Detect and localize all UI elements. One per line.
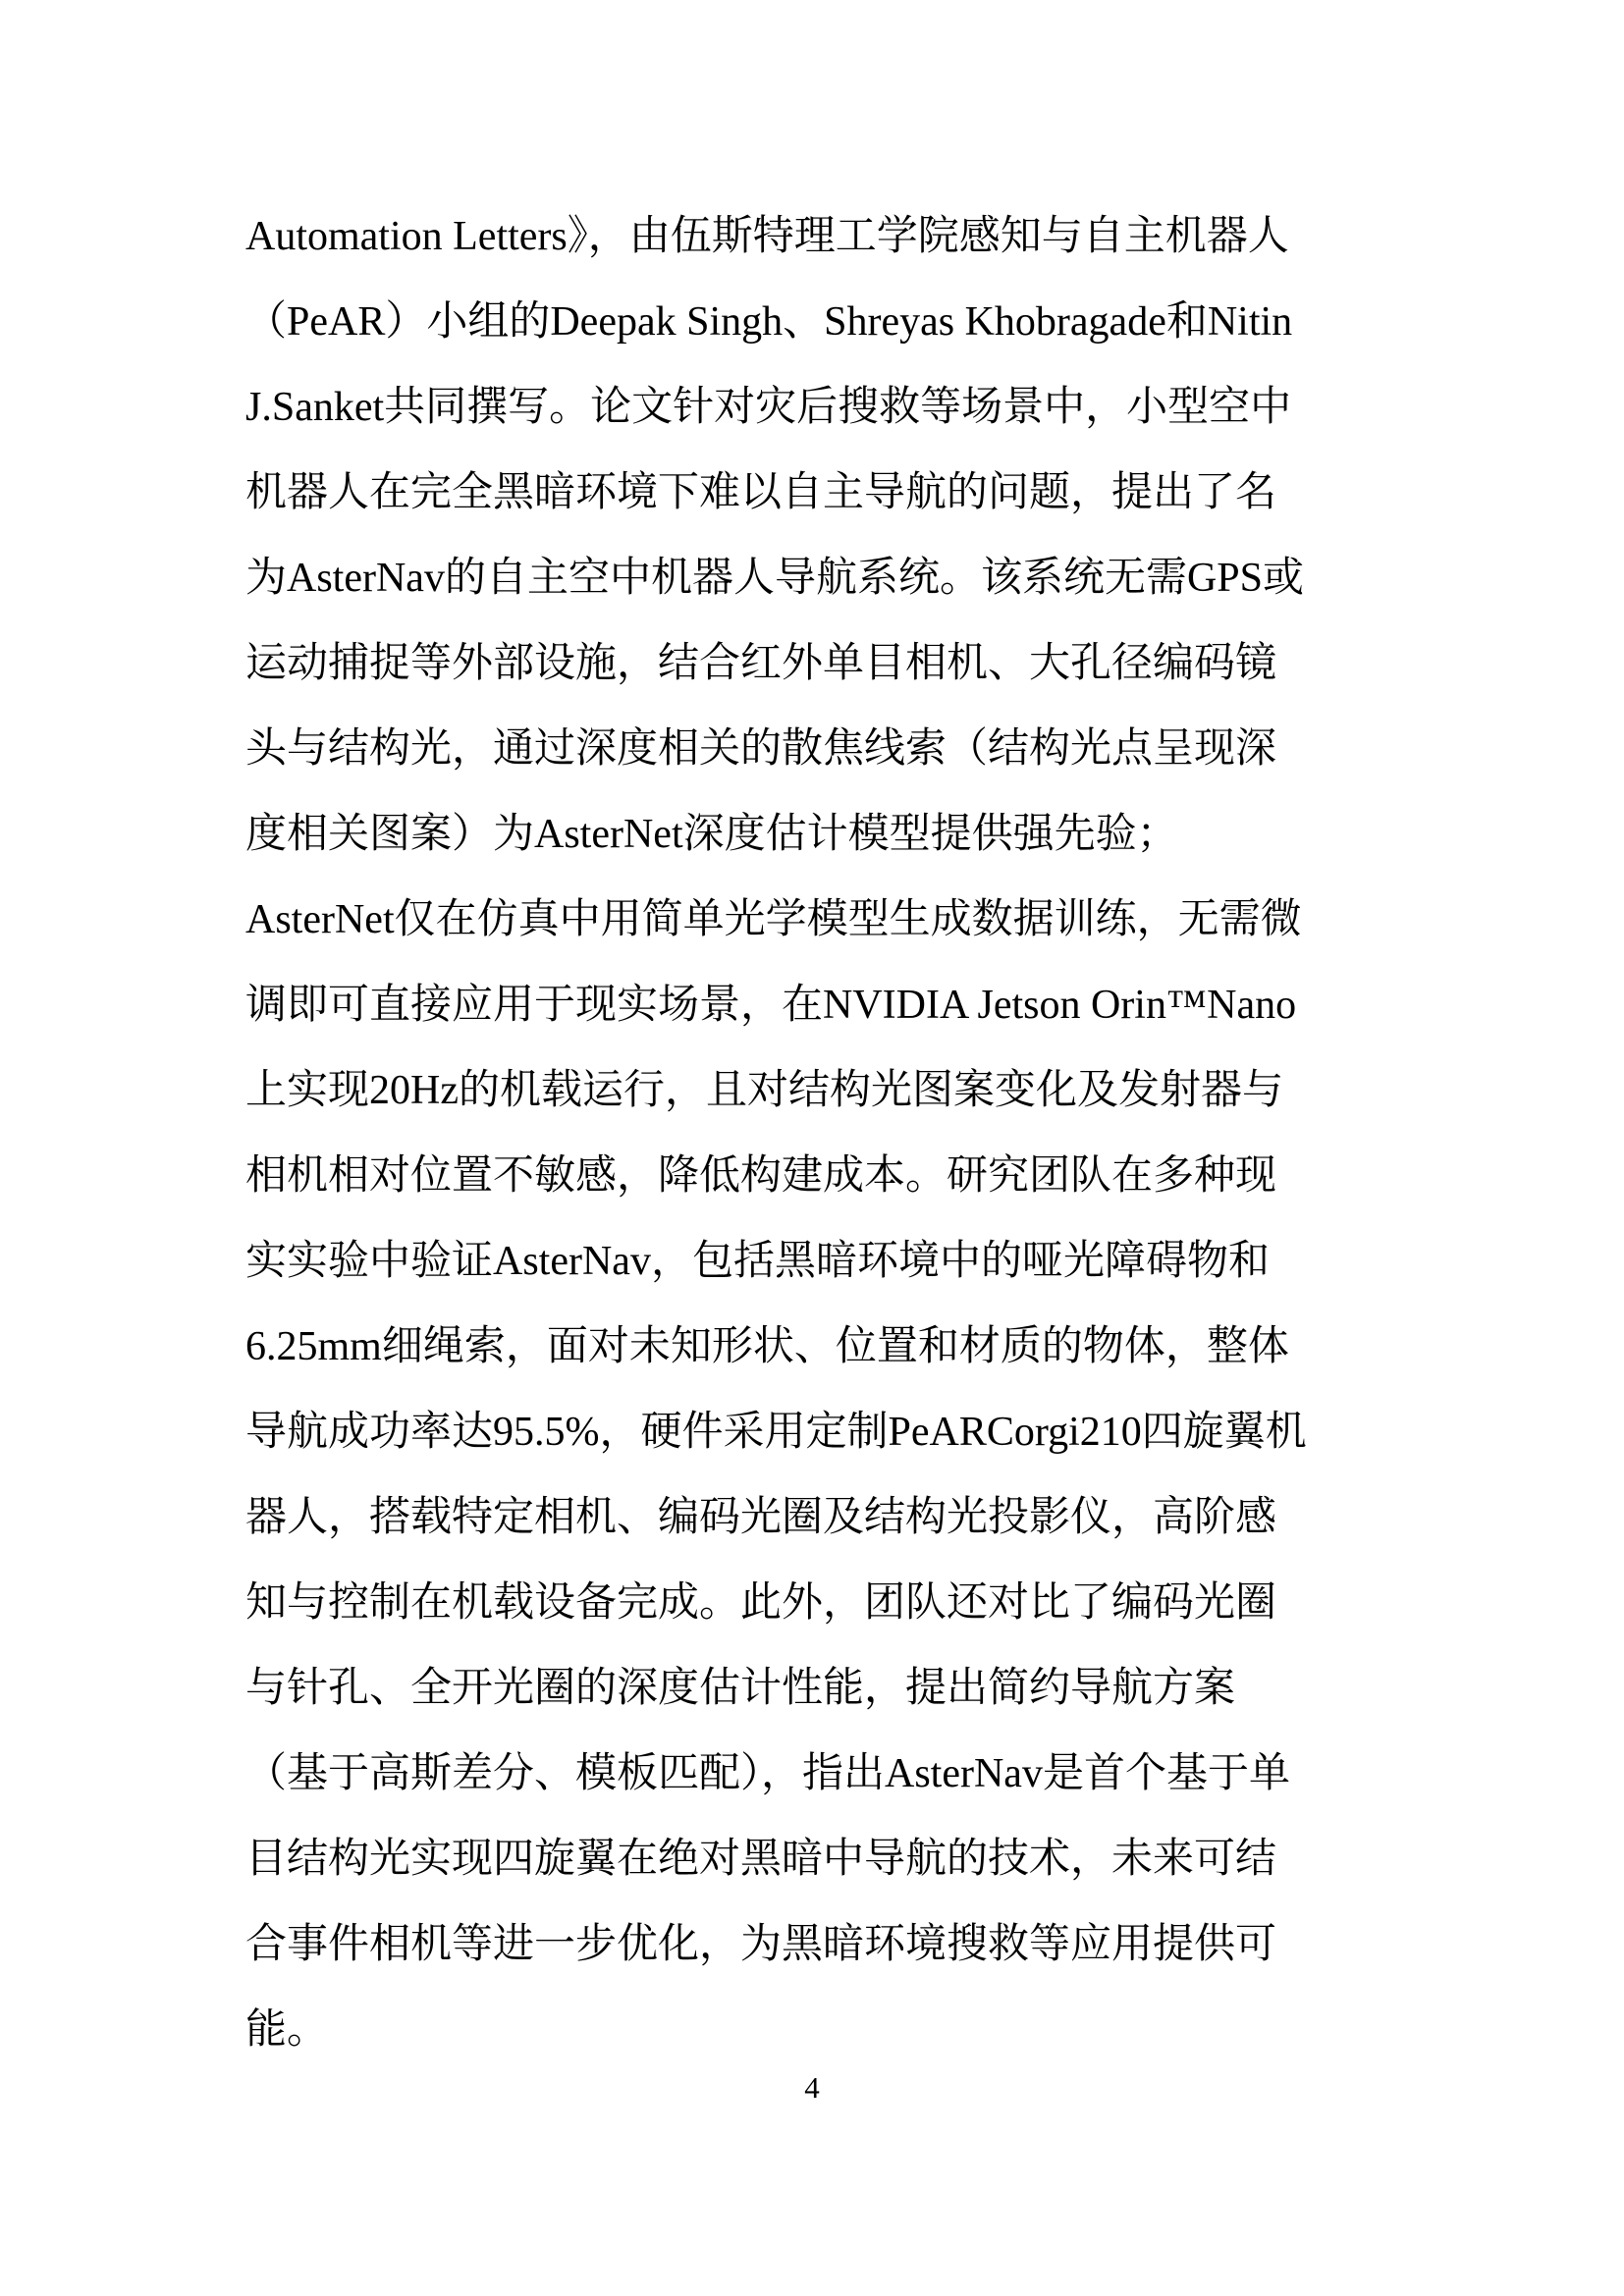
text-line: 器人，搭载特定相机、编码光圈及结构光投影仪，高阶感 bbox=[245, 1475, 1380, 1561]
text-line: （PeAR）小组的Deepak Singh、Shreyas Khobragade… bbox=[245, 280, 1380, 365]
text-line: （基于高斯差分、模板匹配），指出AsterNav是首个基于单 bbox=[245, 1732, 1380, 1817]
text-line: 为AsterNav的自主空中机器人导航系统。该系统无需GPS或 bbox=[245, 536, 1380, 621]
text-line: 度相关图案）为AsterNet深度估计模型提供强先验； bbox=[245, 792, 1380, 878]
page-number: 4 bbox=[0, 2063, 1624, 2112]
text-line: 能。 bbox=[245, 1988, 1380, 2073]
text-line: 机器人在完全黑暗环境下难以自主导航的问题，提出了名 bbox=[245, 451, 1380, 536]
text-line: 相机相对位置不敏感，降低构建成本。研究团队在多种现 bbox=[245, 1134, 1380, 1219]
text-line: 运动捕捉等外部设施，结合红外单目相机、大孔径编码镜 bbox=[245, 621, 1380, 707]
text-line: 目结构光实现四旋翼在绝对黑暗中导航的技术，未来可结 bbox=[245, 1817, 1380, 1902]
text-line: 知与控制在机载设备完成。此外，团队还对比了编码光圈 bbox=[245, 1561, 1380, 1646]
text-line: AsterNet仅在仿真中用简单光学模型生成数据训练，无需微 bbox=[245, 878, 1380, 963]
text-line: 实实验中验证AsterNav，包括黑暗环境中的哑光障碍物和 bbox=[245, 1219, 1380, 1305]
paragraph: Automation Letters》，由伍斯特理工学院感知与自主机器人（PeA… bbox=[245, 194, 1380, 2073]
text-line: 导航成功率达95.5%，硬件采用定制PeARCorgi210四旋翼机 bbox=[245, 1390, 1380, 1475]
text-line: 6.25mm细绳索，面对未知形状、位置和材质的物体，整体 bbox=[245, 1305, 1380, 1390]
text-line: 头与结构光，通过深度相关的散焦线索（结构光点呈现深 bbox=[245, 707, 1380, 792]
text-line: 与针孔、全开光圈的深度估计性能，提出简约导航方案 bbox=[245, 1646, 1380, 1732]
text-line: J.Sanket共同撰写。论文针对灾后搜救等场景中，小型空中 bbox=[245, 365, 1380, 451]
document-page: Automation Letters》，由伍斯特理工学院感知与自主机器人（PeA… bbox=[0, 0, 1624, 2296]
text-line: Automation Letters》，由伍斯特理工学院感知与自主机器人 bbox=[245, 194, 1380, 280]
text-line: 合事件相机等进一步优化，为黑暗环境搜救等应用提供可 bbox=[245, 1902, 1380, 1988]
text-line: 调即可直接应用于现实场景，在NVIDIA Jetson Orin™Nano bbox=[245, 963, 1380, 1048]
text-line: 上实现20Hz的机载运行，且对结构光图案变化及发射器与 bbox=[245, 1048, 1380, 1134]
